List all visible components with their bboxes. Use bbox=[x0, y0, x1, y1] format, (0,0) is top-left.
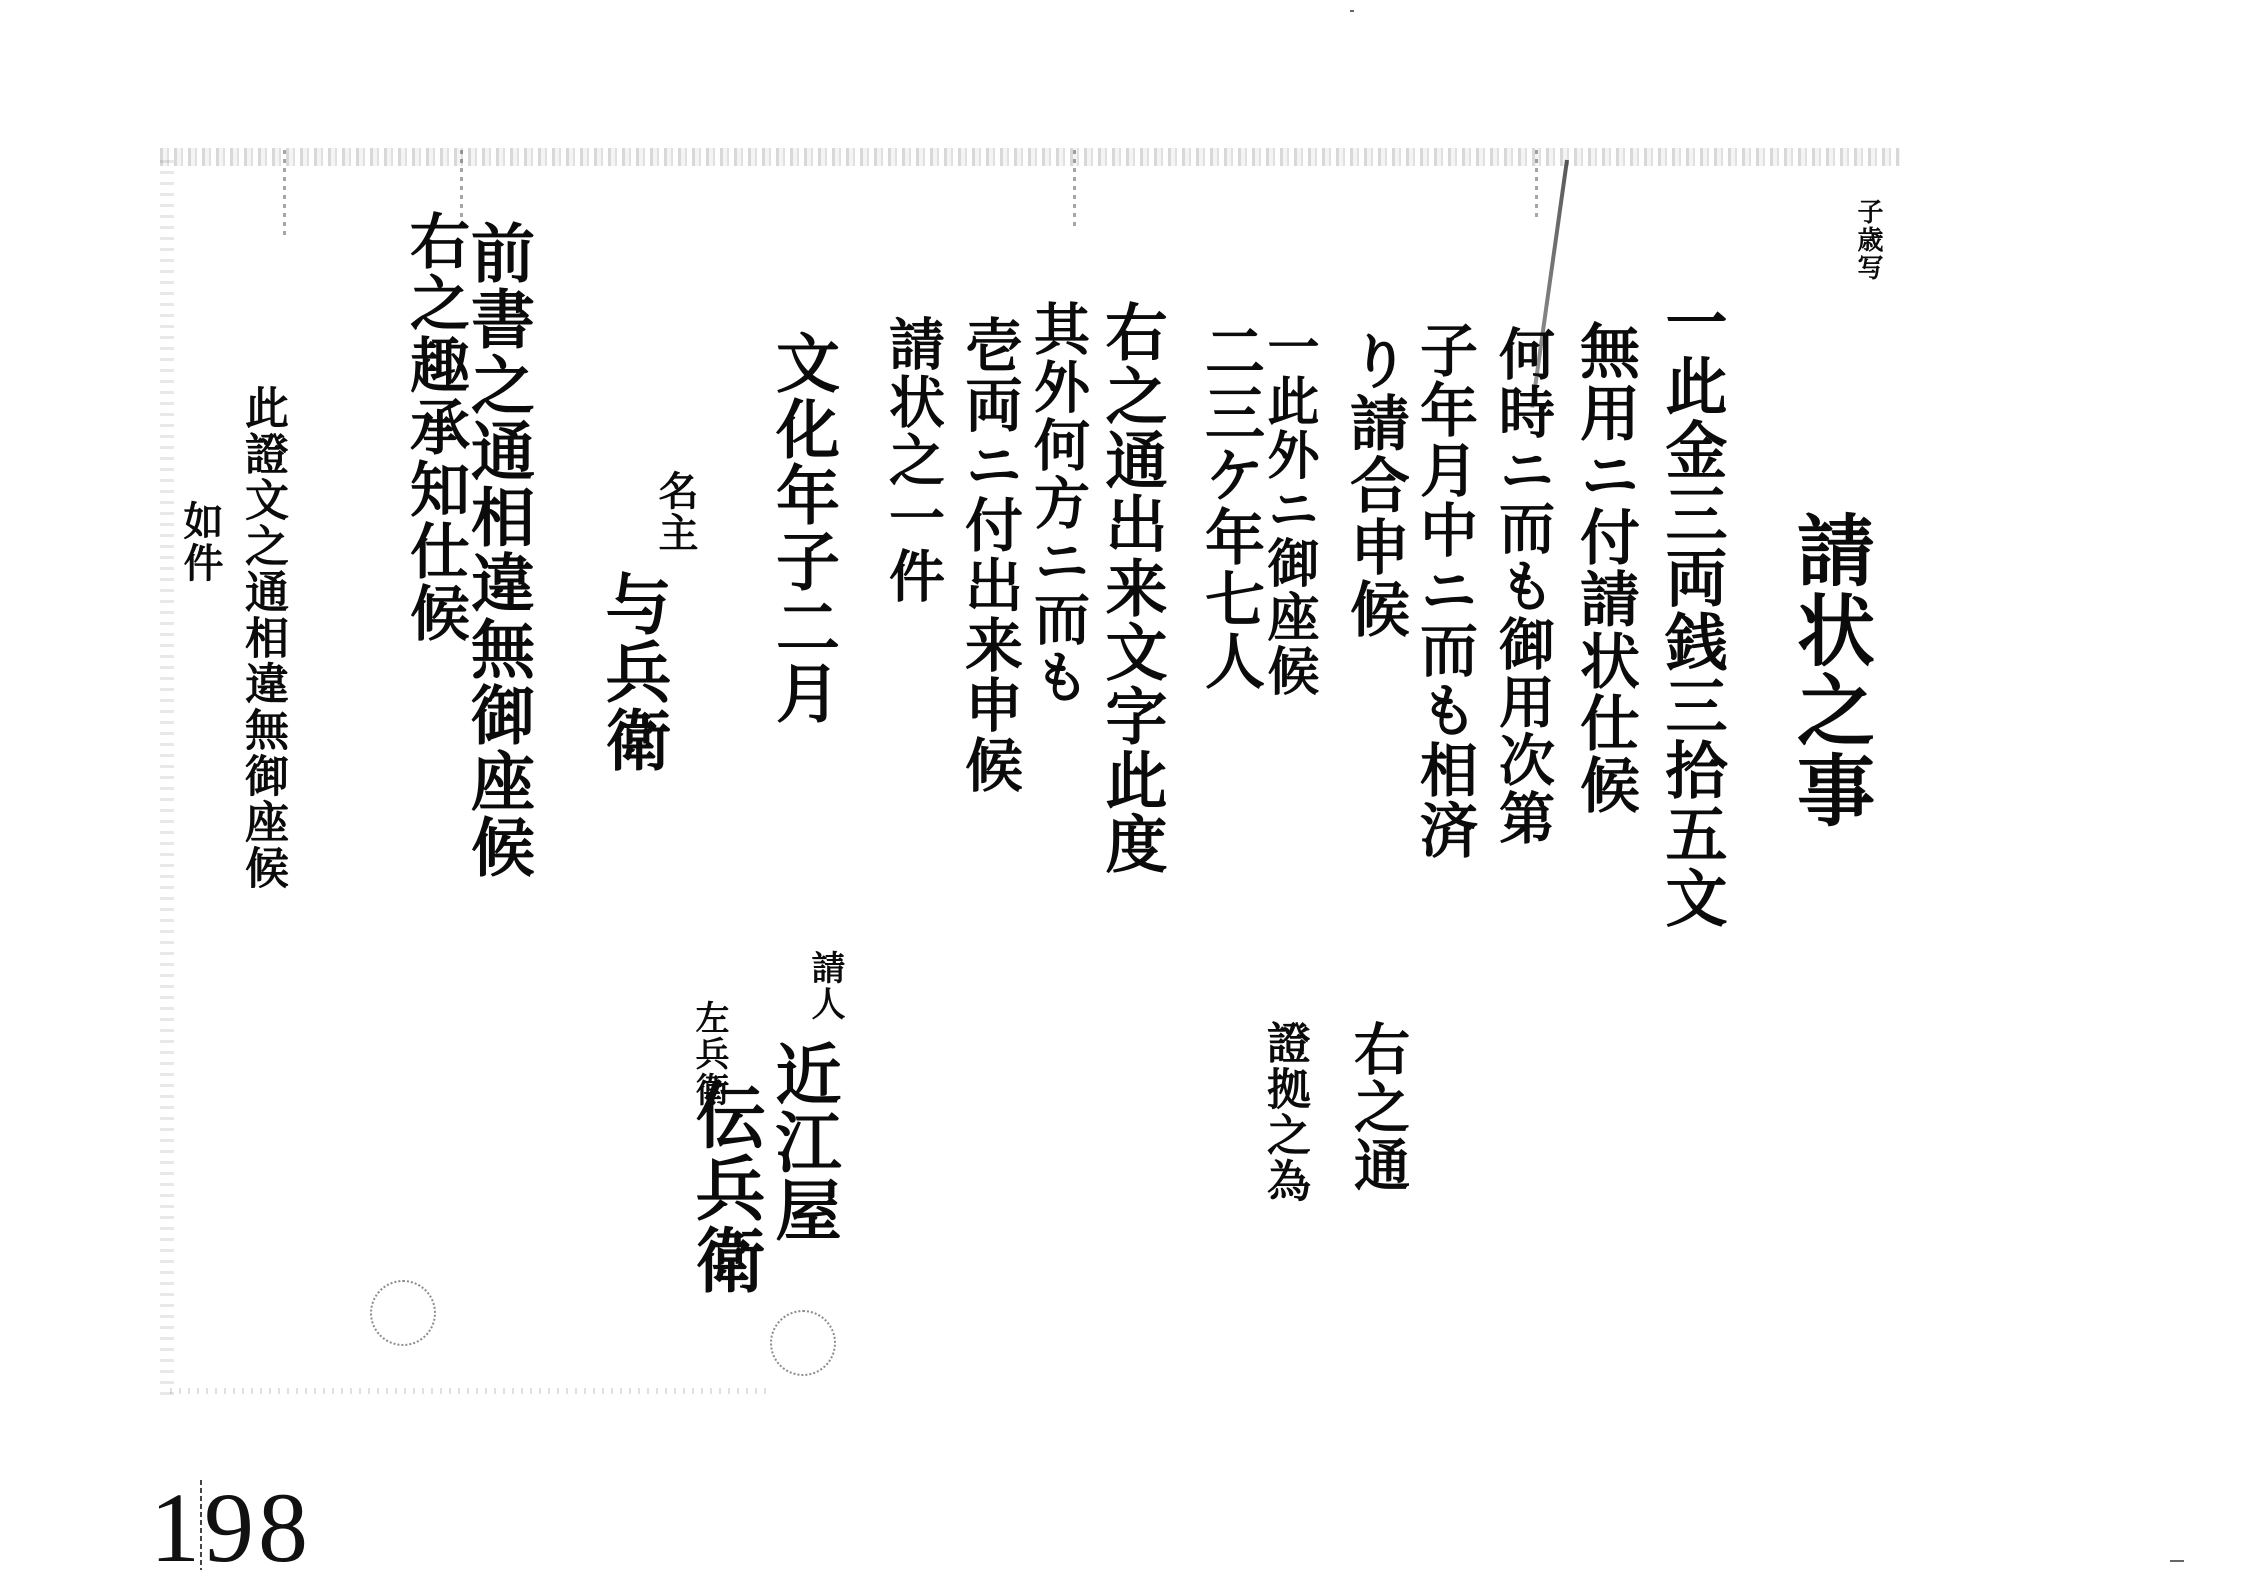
scan-speck bbox=[1350, 10, 1354, 12]
seal-stamp bbox=[370, 1280, 436, 1346]
text-column: 一此金三両銭三拾五文 bbox=[1660, 290, 1722, 930]
paper-left-edge bbox=[160, 160, 174, 1400]
scan-speck bbox=[2170, 1560, 2184, 1562]
text-column: 其外何方ニ而も bbox=[1030, 300, 1086, 706]
text-column: 右之通 bbox=[1350, 1020, 1406, 1194]
text-column: 前書之通相違無御座候 bbox=[465, 220, 529, 880]
annotation-column: 子歳写 bbox=[1855, 198, 1881, 282]
official-name: 与兵衛 bbox=[600, 570, 666, 774]
signatory-role: 請人 bbox=[808, 950, 842, 1022]
fold-mark bbox=[1535, 150, 1538, 220]
fold-mark bbox=[283, 150, 286, 240]
signatory-note: 左兵衛 bbox=[692, 1000, 726, 1108]
paper-bottom-edge bbox=[170, 1388, 770, 1394]
fold-mark bbox=[1073, 150, 1076, 230]
text-column: 無用ニ付請状仕候 bbox=[1575, 320, 1635, 816]
text-column: 壱両ニ付出来申候 bbox=[960, 315, 1018, 795]
text-column: 右之趣承知仕候 bbox=[405, 210, 465, 644]
signatory-name: 伝兵衛 bbox=[690, 1080, 760, 1296]
text-column: 請状之一件 bbox=[885, 315, 941, 605]
text-column: 證拠之為 bbox=[1262, 1020, 1306, 1204]
official-title: 名主 bbox=[655, 470, 695, 554]
text-column: 何時ニ而も御用次第 bbox=[1495, 325, 1551, 847]
text-column: 子年月中ニ而も相済 bbox=[1415, 320, 1473, 860]
text-column: 二三ケ年七人 bbox=[1200, 320, 1260, 692]
text-column: 如件 bbox=[180, 500, 220, 584]
document-title: 請状之事 bbox=[1790, 510, 1868, 830]
seal-stamp bbox=[770, 1310, 836, 1376]
date-column: 文化年子二月 bbox=[770, 330, 834, 726]
signatory-name: 近江屋 bbox=[770, 1040, 836, 1244]
text-column: 此證文之通相違無御座候 bbox=[240, 385, 284, 891]
scan-artifact-line bbox=[200, 1480, 202, 1570]
text-column: 右之通出来文字此度 bbox=[1100, 300, 1162, 876]
paper-top-edge bbox=[160, 148, 1900, 166]
page-number: 198 bbox=[150, 1470, 312, 1585]
text-column: り請合申候 bbox=[1345, 330, 1405, 640]
text-column: 一此外ニ御座候 bbox=[1262, 320, 1314, 698]
